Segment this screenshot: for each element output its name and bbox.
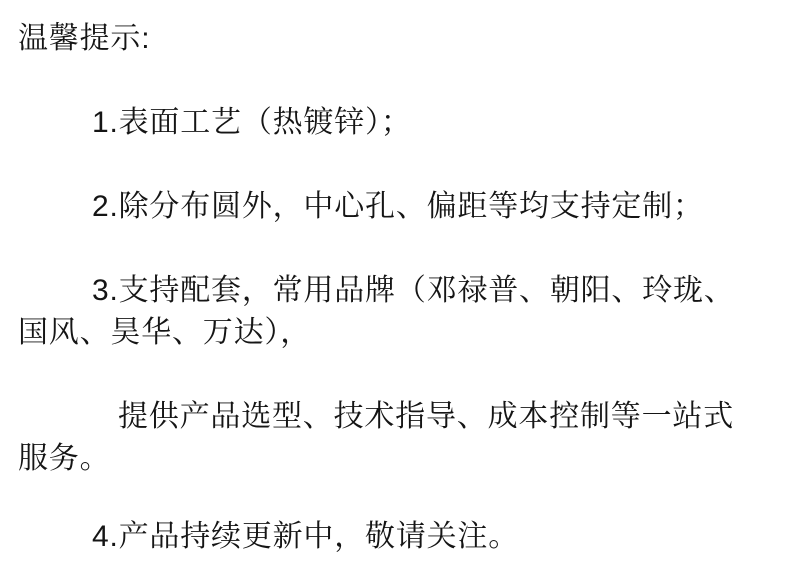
notice-paragraph-customization: 2.除分布圆外，中心孔、偏距等均支持定制； (18, 186, 782, 228)
notice-paragraph-surface-finish: 1.表面工艺（热镀锌）； (18, 102, 782, 144)
notice-line-customization: 2.除分布圆外，中心孔、偏距等均支持定制； (18, 186, 782, 228)
notice-paragraph-updates: 4.产品持续更新中，敬请关注。 (18, 516, 782, 558)
notice-line-updates: 4.产品持续更新中，敬请关注。 (18, 516, 782, 558)
notice-line-brands-1: 3.支持配套，常用品牌（邓禄普、朝阳、玲珑、 (18, 270, 782, 312)
notice-line-surface-finish: 1.表面工艺（热镀锌）； (18, 102, 782, 144)
notice-line-service-1: 提供产品选型、技术指导、成本控制等一站式 (18, 396, 782, 438)
notice-paragraph-service: 提供产品选型、技术指导、成本控制等一站式 服务。 (18, 396, 782, 480)
notice-title: 温馨提示: (18, 18, 782, 60)
notice-page: 温馨提示: 1.表面工艺（热镀锌）； 2.除分布圆外，中心孔、偏距等均支持定制；… (0, 0, 790, 558)
notice-line-brands-2: 国风、昊华、万达）， (18, 312, 782, 354)
notice-paragraph-brands: 3.支持配套，常用品牌（邓禄普、朝阳、玲珑、 国风、昊华、万达）， (18, 270, 782, 354)
notice-line-service-2: 服务。 (18, 438, 782, 480)
